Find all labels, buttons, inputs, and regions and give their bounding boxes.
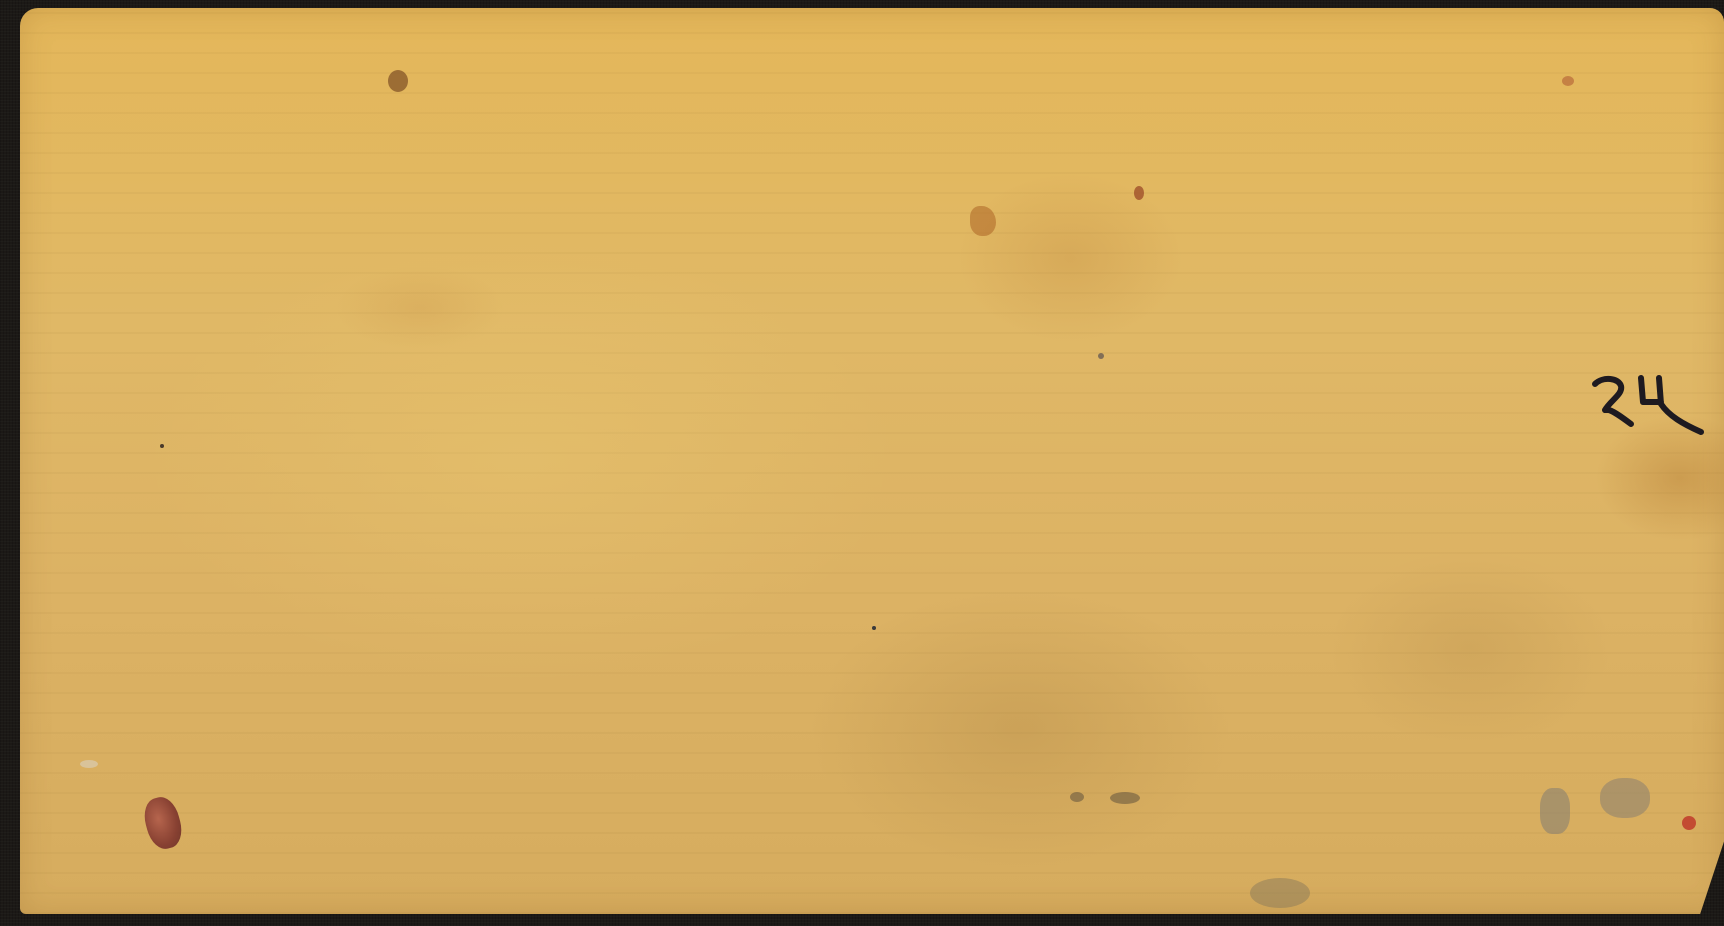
brown-stain [970,206,996,236]
handwritten-number-text: 24 [0,0,1,1]
grey-stain [1070,792,1084,802]
aged-paper-sheet [20,8,1724,914]
grey-stain [1110,792,1140,804]
grey-stain [1600,778,1650,818]
brown-speck [1562,76,1574,86]
brown-spot [388,70,408,92]
grey-speck [80,760,98,768]
dark-speck [160,444,164,448]
dark-speck [872,626,876,630]
handwritten-number [1585,372,1705,442]
grey-stain [1540,788,1570,834]
grey-stain [1250,878,1310,908]
photo-stage: 24 [0,0,1724,926]
brown-speck [1134,186,1144,200]
red-speck [1682,816,1696,830]
dark-speck [1098,353,1104,359]
